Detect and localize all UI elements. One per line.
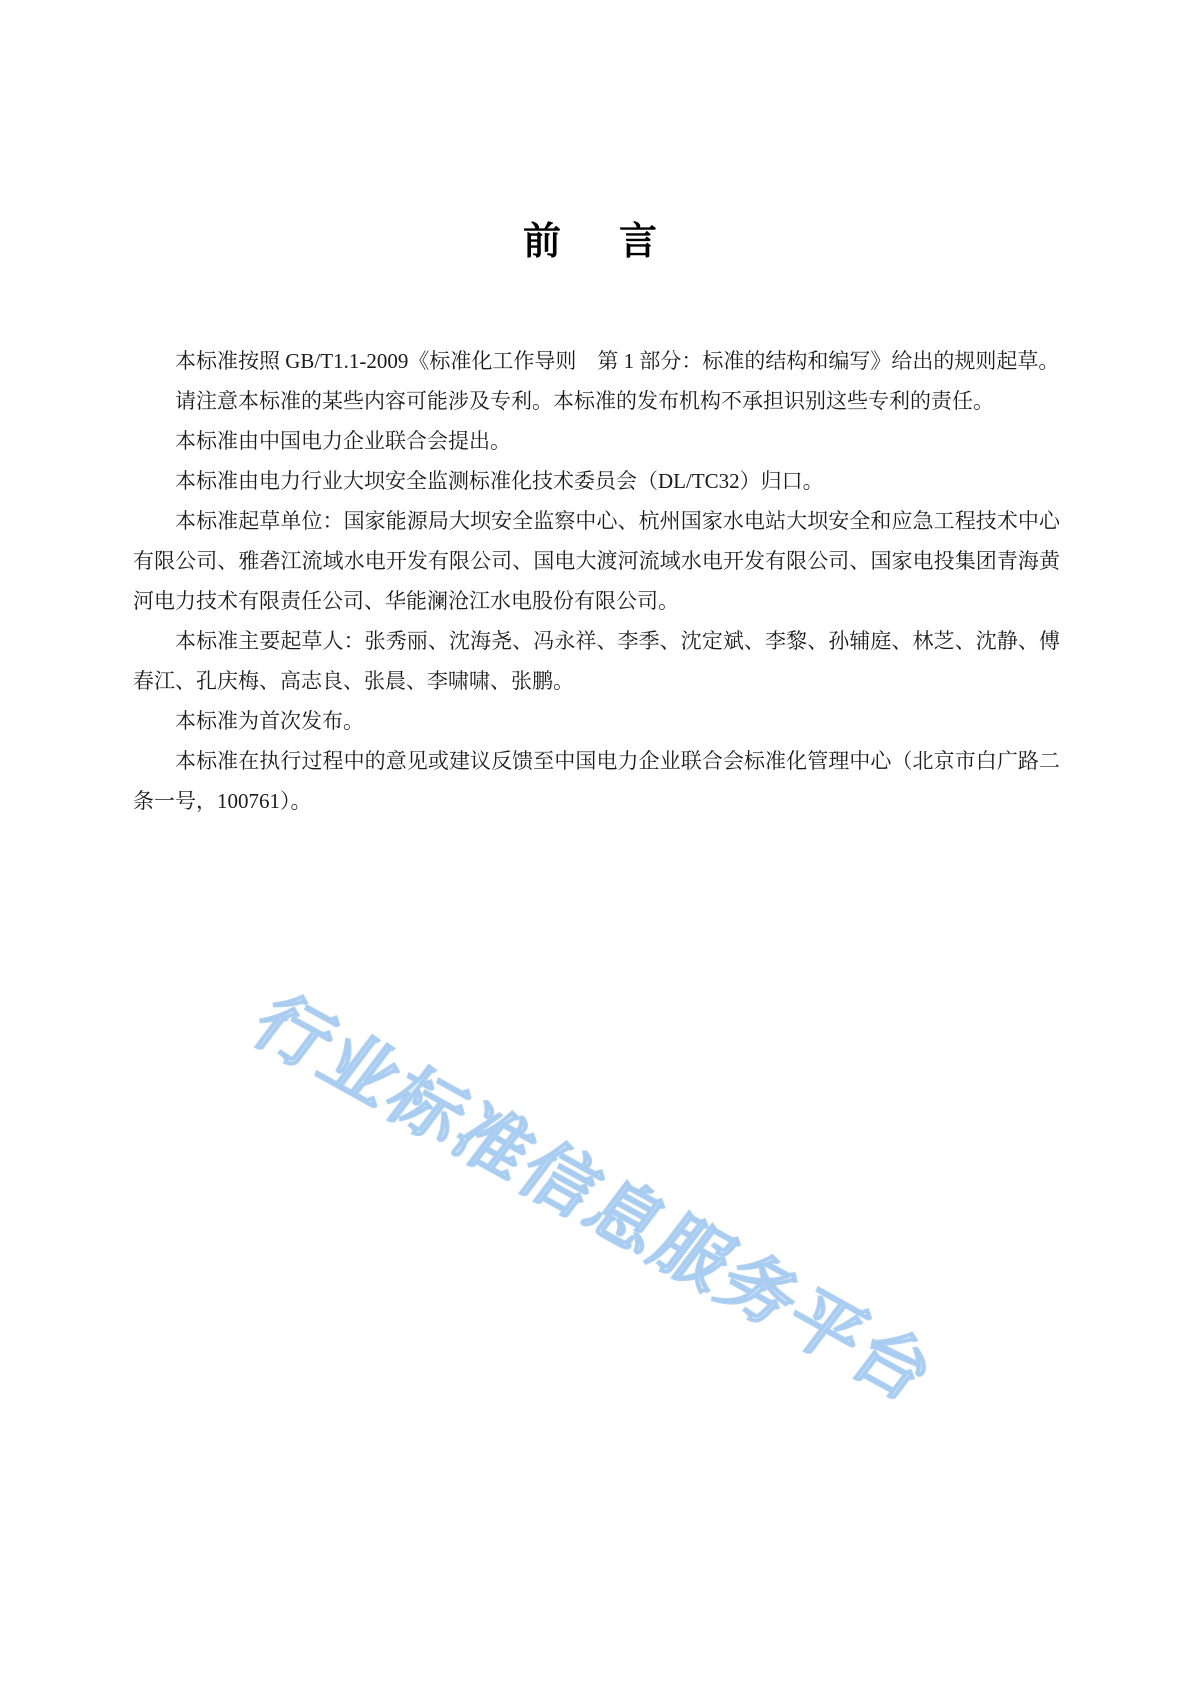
- foreword-paragraph: 本标准在执行过程中的意见或建议反馈至中国电力企业联合会标准化管理中心（北京市白广…: [133, 741, 1060, 821]
- foreword-paragraph: 本标准由电力行业大坝安全监测标准化技术委员会（DL/TC32）归口。: [133, 461, 1060, 501]
- diagonal-watermark: 行业标准信息服务平台: [235, 968, 963, 1420]
- foreword-body: 本标准按照 GB/T1.1-2009《标准化工作导则 第 1 部分：标准的结构和…: [133, 341, 1060, 821]
- foreword-paragraph: 本标准起草单位：国家能源局大坝安全监察中心、杭州国家水电站大坝安全和应急工程技术…: [133, 501, 1060, 621]
- foreword-paragraph: 本标准由中国电力企业联合会提出。: [133, 421, 1060, 461]
- foreword-paragraph: 请注意本标准的某些内容可能涉及专利。本标准的发布机构不承担识别这些专利的责任。: [133, 381, 1060, 421]
- foreword-paragraph: 本标准按照 GB/T1.1-2009《标准化工作导则 第 1 部分：标准的结构和…: [133, 341, 1060, 381]
- foreword-paragraph: 本标准主要起草人：张秀丽、沈海尧、冯永祥、李季、沈定斌、李黎、孙辅庭、林芝、沈静…: [133, 621, 1060, 701]
- document-page: 前 言 本标准按照 GB/T1.1-2009《标准化工作导则 第 1 部分：标准…: [0, 0, 1190, 1683]
- foreword-paragraph: 本标准为首次发布。: [133, 701, 1060, 741]
- foreword-title: 前 言: [0, 0, 1190, 265]
